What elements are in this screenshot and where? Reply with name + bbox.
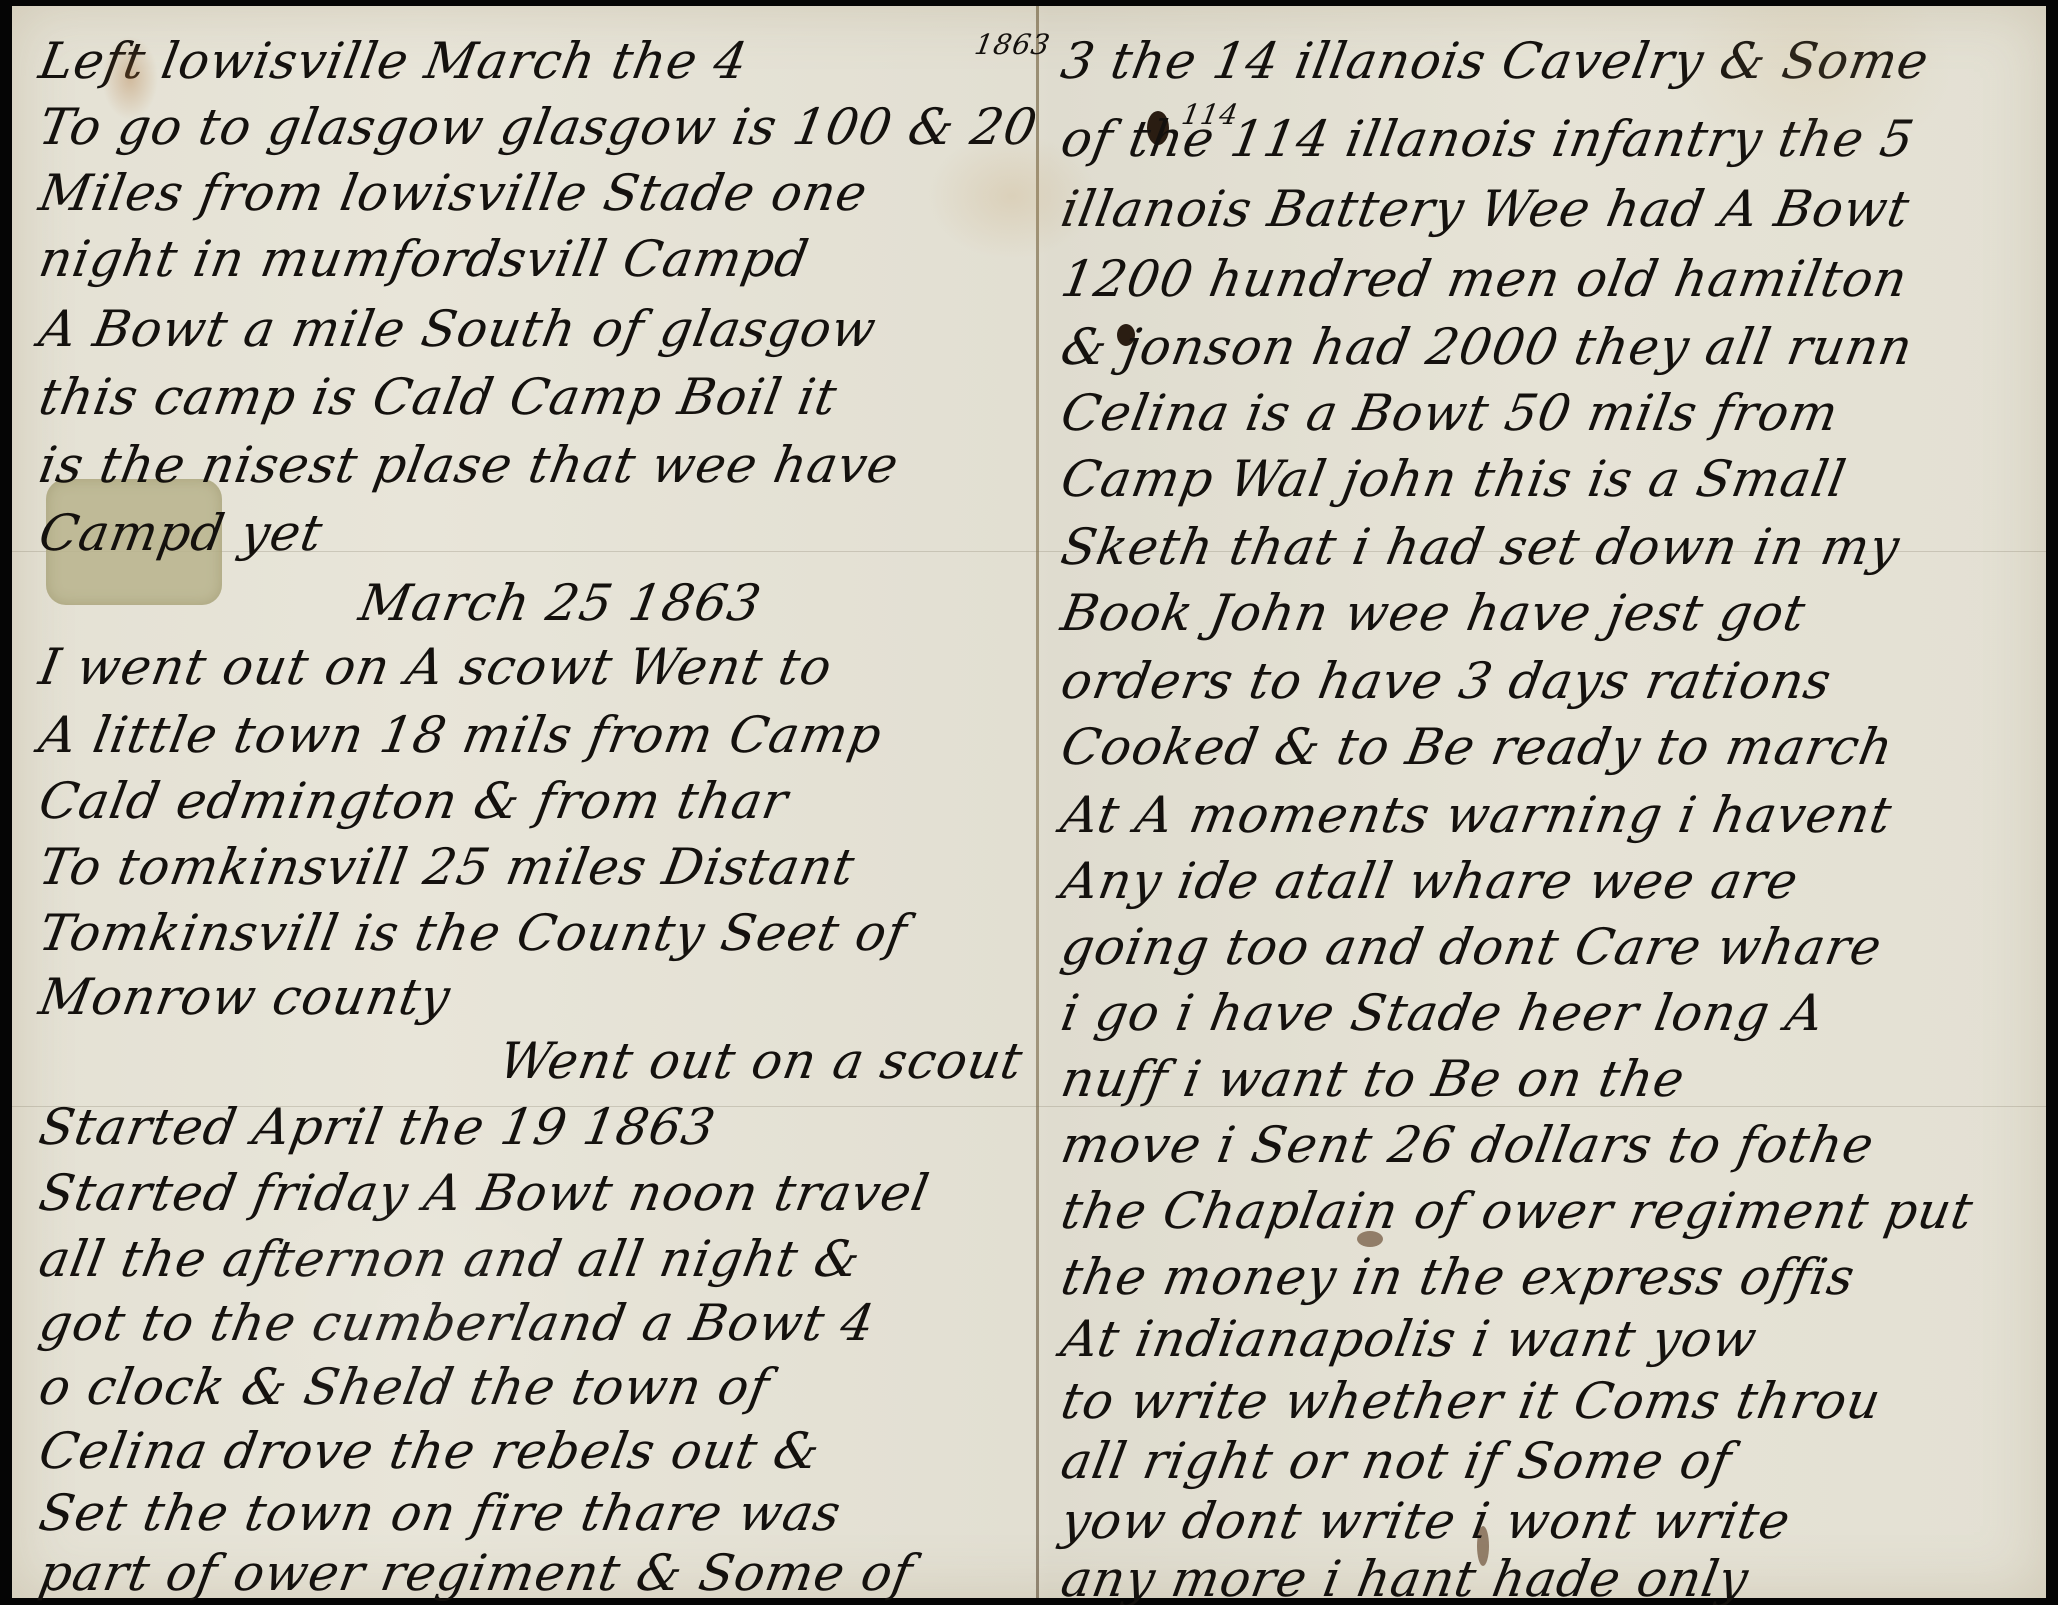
date-heading: March 25 1863 — [355, 574, 766, 632]
letter-line: is the nisest plase that wee have — [35, 436, 903, 494]
letter-line: going too and dont Care whare — [1057, 918, 1887, 976]
letter-line: any more i hant hade only — [1057, 1550, 1753, 1605]
letter-line: this camp is Cald Camp Boil it — [35, 368, 842, 426]
letter-line: illanois Battery Wee had A Bowt — [1057, 180, 1914, 238]
letter-line: got to the cumberland a Bowt 4 — [35, 1294, 879, 1352]
center-fold — [1036, 6, 1039, 1598]
letter-line: Miles from lowisville Stade one — [35, 164, 872, 222]
letter-line: Cooked & to Be ready to march — [1057, 718, 1898, 776]
letter-line: 3 the 14 illanois Cavelry & Some — [1057, 32, 1934, 90]
letter-line: of the 114 illanois infantry the 5 — [1057, 110, 1919, 168]
letter-line: Any ide atall whare wee are — [1057, 852, 1803, 910]
letter-line: Started April the 19 1863 — [35, 1098, 720, 1156]
letter-line: 1200 hundred men old hamilton — [1057, 250, 1912, 308]
letter-line: At A moments warning i havent — [1057, 786, 1897, 844]
letter-line: the Chaplain of ower regiment put — [1057, 1182, 1978, 1240]
letter-line: move i Sent 26 dollars to fothe — [1057, 1116, 1879, 1174]
year-note: 1863 — [972, 28, 1053, 61]
letter-line: To go to glasgow glasgow is 100 & 20 — [35, 98, 1042, 156]
letter-line: Book John wee have jest got — [1057, 584, 1810, 642]
letter-line: the money in the express offis — [1057, 1248, 1860, 1306]
section-heading: Went out on a scout — [495, 1032, 1028, 1090]
letter-line: Tomkinsvill is the County Seet of — [35, 904, 912, 962]
letter-line: night in mumfordsvill Campd — [35, 230, 814, 288]
letter-line: Set the town on fire thare was — [35, 1484, 846, 1542]
letter-line: yow dont write i wont write — [1057, 1492, 1795, 1550]
letter-line: A little town 18 mils from Camp — [35, 706, 887, 764]
letter-line: orders to have 3 days rations — [1057, 652, 1836, 710]
letter-line: i go i have Stade heer long A — [1057, 984, 1829, 1042]
letter-line: to write whether it Coms throu — [1057, 1372, 1886, 1430]
letter-line: Started friday A Bowt noon travel — [35, 1164, 934, 1222]
letter-line: part of ower regiment & Some of — [35, 1544, 918, 1602]
letter-line: Sketh that i had set down in my — [1057, 518, 1904, 576]
letter-line: Left lowisville March the 4 — [35, 32, 752, 90]
letter-line: nuff i want to Be on the — [1057, 1050, 1690, 1108]
letter-line: & jonson had 2000 they all runn — [1057, 318, 1918, 376]
letter-line: Camp Wal john this is a Small — [1057, 450, 1851, 508]
letter-line: Celina drove the rebels out & — [35, 1422, 825, 1480]
letter-line: A Bowt a mile South of glasgow — [35, 300, 881, 358]
letter-line: At indianapolis i want yow — [1057, 1310, 1762, 1368]
letter-line: I went out on A scowt Went to — [35, 638, 837, 696]
letter-line: Cald edmington & from thar — [35, 772, 793, 830]
letter-line: all the afternon and all night & — [35, 1230, 865, 1288]
letter-line: Monrow county — [35, 968, 455, 1026]
letter-line: Campd yet — [35, 504, 328, 562]
letter-line: Celina is a Bowt 50 mils from — [1057, 384, 1843, 442]
letter-line: To tomkinsvill 25 miles Distant — [35, 838, 860, 896]
letter-sheet: 1863 Left lowisville March the 4 To go t… — [12, 6, 2046, 1598]
letter-line: all right or not if Some of — [1057, 1432, 1736, 1490]
letter-line: o clock & Sheld the town of — [35, 1358, 774, 1416]
